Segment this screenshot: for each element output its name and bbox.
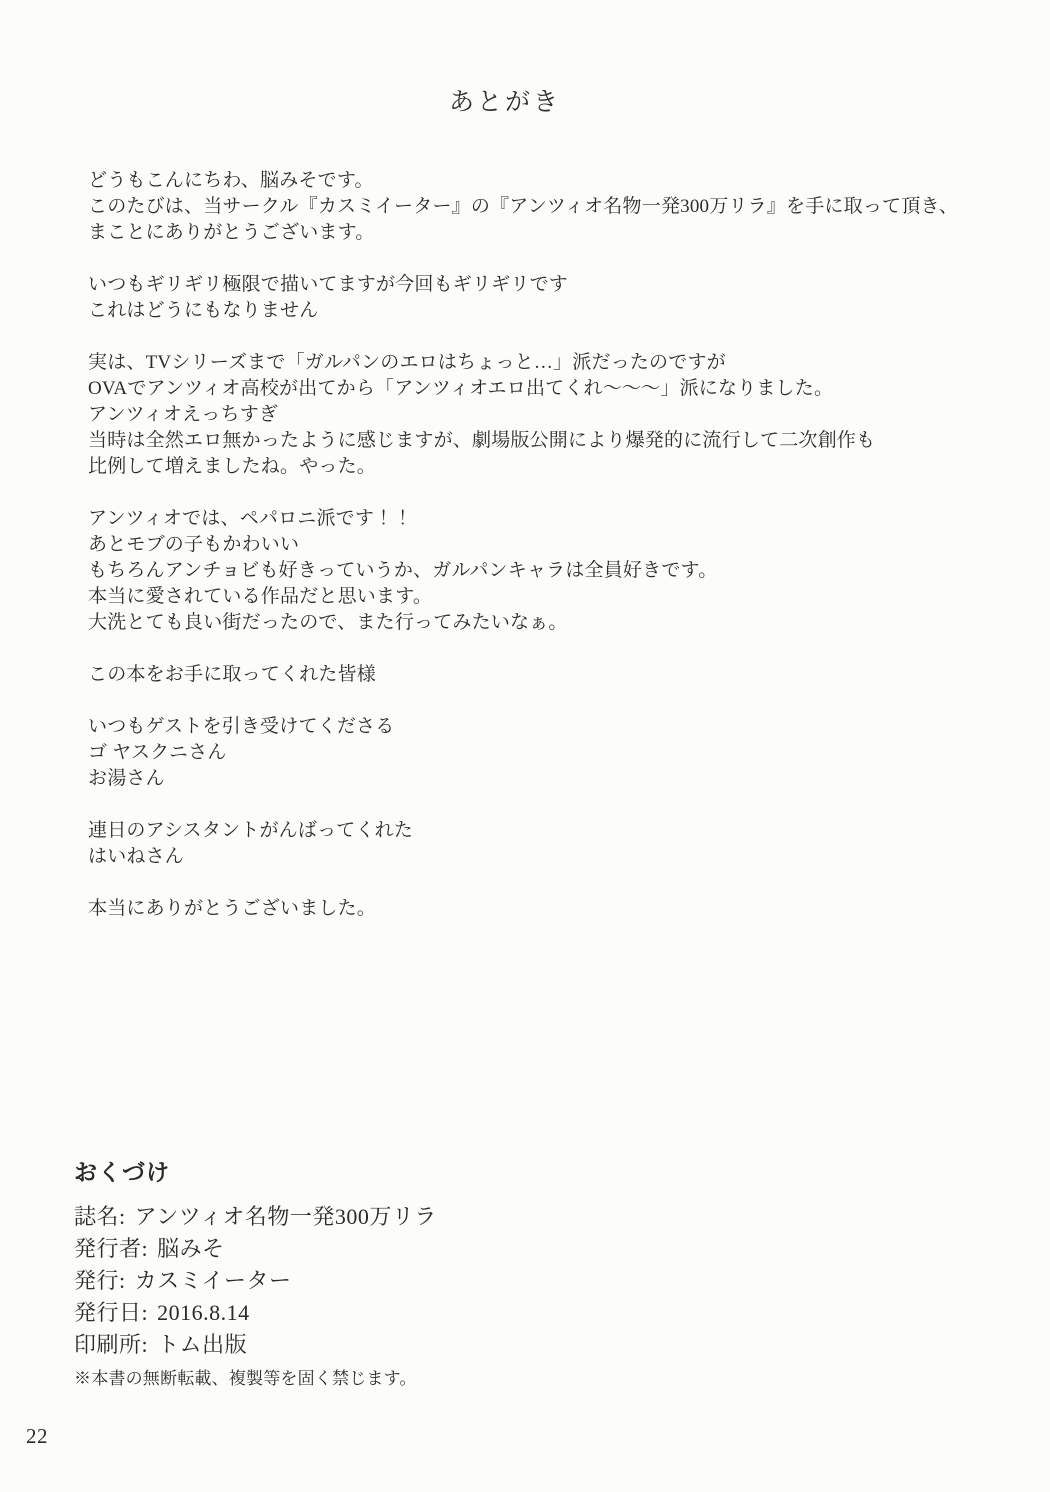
afterword-paragraph: どうもこんにちわ、脳みそです。 このたびは、当サークル『カスミイーター』の『アン… xyxy=(88,168,988,246)
colophon-entry-title: 誌名:アンツィオ名物一発300万リラ xyxy=(74,1201,674,1233)
colophon-label: 発行者: xyxy=(74,1236,148,1261)
colophon-value: 脳みそ xyxy=(157,1236,225,1261)
colophon-value: カスミイーター xyxy=(135,1268,292,1293)
colophon-entry-date: 発行日:2016.8.14 xyxy=(74,1297,674,1329)
afterword-paragraph: いつもギリギリ極限で描いてますが今回もギリギリです これはどうにもなりません xyxy=(88,272,988,324)
colophon-label: 発行日: xyxy=(74,1300,148,1325)
afterword-paragraph: いつもゲストを引き受けてくださる ゴ ヤスクニさん お湯さん xyxy=(88,714,988,792)
scanned-page: あとがき どうもこんにちわ、脳みそです。 このたびは、当サークル『カスミイーター… xyxy=(0,0,1050,1492)
page-number: 22 xyxy=(26,1424,48,1449)
colophon-note: ※本書の無断転載、複製等を固く禁じます。 xyxy=(74,1366,674,1392)
colophon: おくづけ 誌名:アンツィオ名物一発300万リラ 発行者:脳みそ 発行:カスミイー… xyxy=(74,1154,674,1392)
colophon-value: 2016.8.14 xyxy=(157,1300,250,1325)
afterword-paragraph: 本当にありがとうございました。 xyxy=(88,896,988,922)
colophon-value: トム出版 xyxy=(157,1332,247,1357)
colophon-label: 誌名: xyxy=(74,1204,126,1229)
colophon-entry-printer: 印刷所:トム出版 xyxy=(74,1329,674,1361)
page-title: あとがき xyxy=(0,82,1010,118)
colophon-entry-author: 発行者:脳みそ xyxy=(74,1233,674,1265)
afterword-paragraph: この本をお手に取ってくれた皆様 xyxy=(88,662,988,688)
afterword-paragraph: 実は、TVシリーズまで「ガルパンのエロはちょっと…」派だったのですが OVAでア… xyxy=(88,350,988,480)
colophon-entry-publisher: 発行:カスミイーター xyxy=(74,1265,674,1297)
colophon-label: 印刷所: xyxy=(74,1332,148,1357)
afterword-paragraph: 連日のアシスタントがんばってくれた はいねさん xyxy=(88,818,988,870)
afterword-body: どうもこんにちわ、脳みそです。 このたびは、当サークル『カスミイーター』の『アン… xyxy=(88,168,988,948)
colophon-heading: おくづけ xyxy=(74,1154,674,1187)
afterword-paragraph: アンツィオでは、ペパロニ派です！！ あとモブの子もかわいい もちろんアンチョビも… xyxy=(88,506,988,636)
colophon-value: アンツィオ名物一発300万リラ xyxy=(135,1204,437,1229)
colophon-label: 発行: xyxy=(74,1268,126,1293)
